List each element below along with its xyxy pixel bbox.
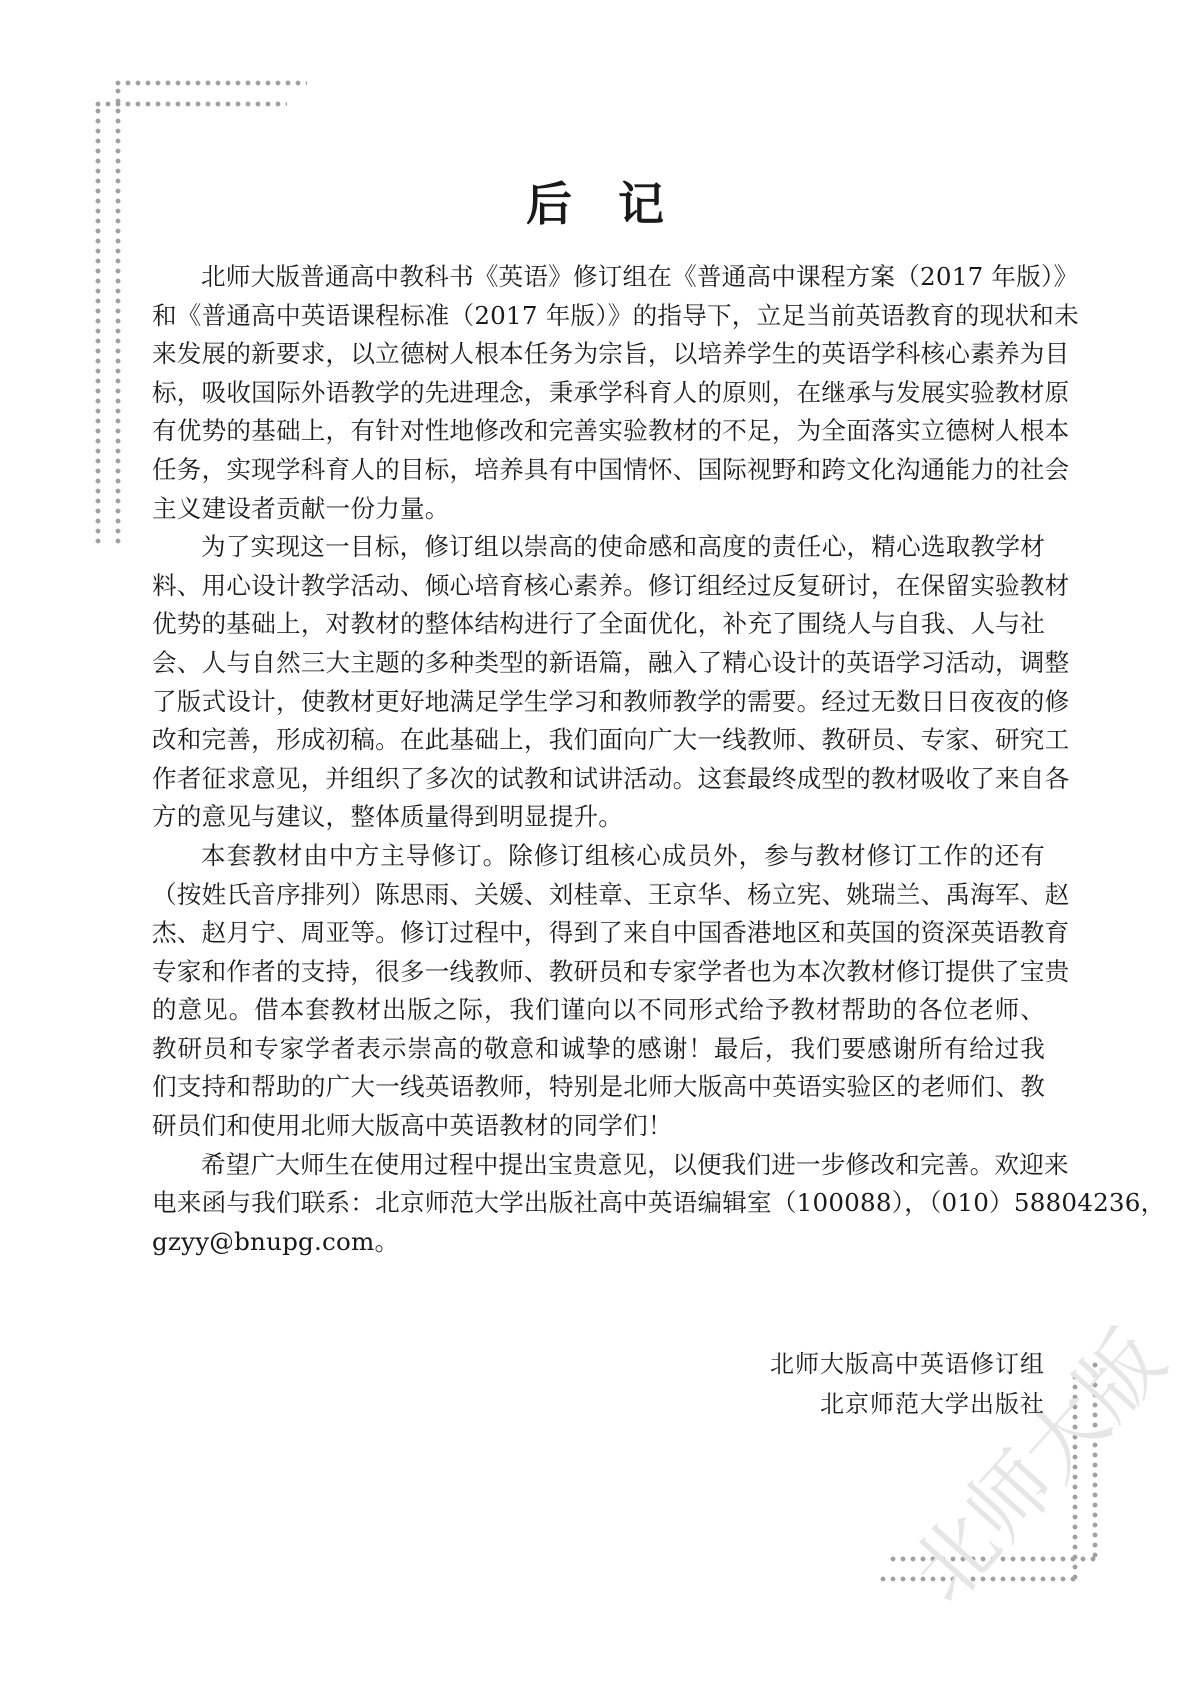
- text-line: 本套教材由中方主导修订。除修订组核心成员外，参与教材修订工作的还有: [152, 837, 1045, 876]
- text-line: 方的意见与建议，整体质量得到明显提升。: [152, 798, 1045, 837]
- text-line: 教研员和专家学者表示崇高的敬意和诚挚的感谢！最后，我们要感谢所有给过我: [152, 1030, 1045, 1069]
- text-line: （按姓氏音序排列）陈思雨、关媛、刘桂章、王京华、杨立宪、姚瑞兰、禹海军、赵: [152, 876, 1045, 915]
- text-line: 有优势的基础上，有针对性地修改和完善实验教材的不足，为全面落实立德树人根本: [152, 412, 1045, 451]
- text-line: 会、人与自然三大主题的多种类型的新语篇，融入了精心设计的英语学习活动，调整: [152, 644, 1045, 683]
- text-line: 主义建设者贡献一份力量。: [152, 490, 1045, 529]
- text-line: 研员们和使用北师大版高中英语教材的同学们！: [152, 1107, 1045, 1146]
- text-line: 杰、赵月宁、周亚等。修订过程中，得到了来自中国香港地区和英国的资深英语教育: [152, 914, 1045, 953]
- paragraph-4: 希望广大师生在使用过程中提出宝贵意见，以便我们进一步修改和完善。欢迎来 电来函与…: [152, 1146, 1045, 1262]
- text-line: 专家和作者的支持，很多一线教师、教研员和专家学者也为本次教材修订提供了宝贵: [152, 953, 1045, 992]
- signature-revision-group: 北师大版高中英语修订组: [770, 1344, 1045, 1379]
- text-line: 优势的基础上，对教材的整体结构进行了全面优化，补充了围绕人与自我、人与社: [152, 605, 1045, 644]
- contact-email: gzyy@bnupg.com。: [152, 1223, 1045, 1262]
- text-line: 们支持和帮助的广大一线英语教师，特别是北师大版高中英语实验区的老师们、教: [152, 1068, 1045, 1107]
- dotted-line: [113, 80, 307, 86]
- dotted-line: [93, 101, 287, 107]
- text-line: 了版式设计，使教材更好地满足学生学习和教师教学的需要。经过无数日日夜夜的修: [152, 683, 1045, 722]
- page-title: 后记: [0, 168, 1190, 234]
- text-line: 希望广大师生在使用过程中提出宝贵意见，以便我们进一步修改和完善。欢迎来: [152, 1146, 1045, 1185]
- text-line: 电来函与我们联系：北京师范大学出版社高中英语编辑室（100088），（010）5…: [152, 1184, 1045, 1223]
- text-line: 作者征求意见，并组织了多次的试教和试讲活动。这套最终成型的教材吸收了来自各: [152, 760, 1045, 799]
- text-line: 料、用心设计教学活动、倾心培育核心素养。修订组经过反复研讨，在保留实验教材: [152, 567, 1045, 606]
- paragraph-1: 北师大版普通高中教科书《英语》修订组在《普通高中课程方案（2017 年版）》 和…: [152, 258, 1045, 528]
- text-line: 和《普通高中英语课程标准（2017 年版）》的指导下，立足当前英语教育的现状和未: [152, 297, 1045, 336]
- afterword-body: 北师大版普通高中教科书《英语》修订组在《普通高中课程方案（2017 年版）》 和…: [152, 258, 1045, 1261]
- text-line: 标，吸收国际外语教学的先进理念，秉承学科育人的原则，在继承与发展实验教材原: [152, 374, 1045, 413]
- signature-publisher: 北京师范大学出版社: [820, 1384, 1045, 1419]
- text-line: 任务，实现学科育人的目标，培养具有中国情怀、国际视野和跨文化沟通能力的社会: [152, 451, 1045, 490]
- dotted-line: [115, 86, 121, 546]
- paragraph-3: 本套教材由中方主导修订。除修订组核心成员外，参与教材修订工作的还有 （按姓氏音序…: [152, 837, 1045, 1146]
- paragraph-2: 为了实现这一目标，修订组以崇高的使命感和高度的责任心，精心选取教学材 料、用心设…: [152, 528, 1045, 837]
- text-line: 改和完善，形成初稿。在此基础上，我们面向广大一线教师、教研员、专家、研究工: [152, 721, 1045, 760]
- text-line: 北师大版普通高中教科书《英语》修订组在《普通高中课程方案（2017 年版）》: [152, 258, 1045, 297]
- text-line: 来发展的新要求，以立德树人根本任务为宗旨，以培养学生的英语学科核心素养为目: [152, 335, 1045, 374]
- text-line: 为了实现这一目标，修订组以崇高的使命感和高度的责任心，精心选取教学材: [152, 528, 1045, 567]
- text-line: 的意见。借本套教材出版之际，我们谨向以不同形式给予教材帮助的各位老师、: [152, 991, 1045, 1030]
